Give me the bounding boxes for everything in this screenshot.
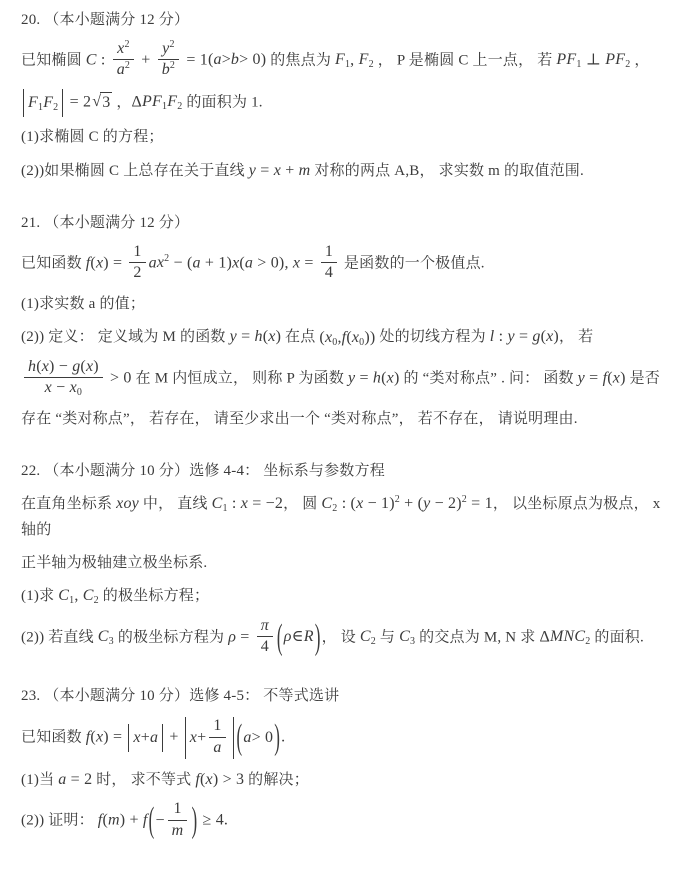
- line: (1)求实数 a 的值；: [21, 292, 667, 317]
- line: (2)) 定义： 定义域为 M 的函数 y = h(x) 在点 (x0, f(x…: [21, 324, 667, 351]
- line: (1)当 a = 2 时， 求不等式 f(x) > 3 的解决；: [21, 767, 667, 793]
- math-var-sup: a2: [117, 61, 130, 78]
- math-symbol: > 0),: [253, 254, 293, 271]
- line: h(x) − g(x)x − x0 > 0 在 M 内恒成立， 则称 P 为函数…: [21, 359, 667, 399]
- math-var: a: [193, 254, 201, 271]
- math-var: x: [206, 771, 213, 788]
- math-symbol: =: [256, 162, 274, 179]
- text-run: 的焦点为: [266, 52, 335, 68]
- math-var-sub: PF2: [605, 51, 630, 68]
- math-var-sub: C3: [98, 628, 114, 645]
- math-symbol: Δ: [132, 93, 143, 110]
- math-var-sub: F2: [167, 93, 182, 110]
- radicand: 3: [100, 92, 112, 112]
- line: 21. （本小题满分 12 分）: [21, 211, 667, 236]
- math-symbol: − (: [169, 254, 192, 271]
- fraction: 14: [321, 243, 337, 283]
- text-run: 的极坐标方程为: [114, 629, 228, 645]
- paren-content: a > 0: [243, 725, 273, 751]
- denominator: a2: [113, 60, 134, 79]
- math-var-sup: y2: [162, 40, 175, 57]
- subscript: 0: [77, 387, 82, 398]
- text-run: 处的切线方程为: [375, 329, 489, 345]
- fraction: 1a: [209, 717, 225, 757]
- math-symbol: = 1: [467, 495, 493, 512]
- math-var-sub: F1: [28, 90, 43, 116]
- math-var: x: [241, 495, 248, 512]
- math-symbol: − 1): [363, 495, 394, 512]
- math-var: a: [213, 739, 221, 756]
- math-symbol: Δ: [539, 628, 550, 645]
- absolute-value: x + a: [128, 724, 163, 752]
- math-symbol: ) =: [103, 729, 126, 746]
- subscript: 2: [53, 102, 58, 113]
- math-var: x: [133, 725, 140, 751]
- line: (2)) 证明： f(m) + f(−1m) ≥ 4.: [21, 801, 667, 841]
- text-run: (2)) 若直线: [21, 629, 98, 645]
- line: 22. （本小题满分 10 分）选修 4-4： 坐标系与参数方程: [21, 459, 667, 484]
- math-symbol: 1: [325, 243, 333, 260]
- math-var: y: [230, 328, 237, 345]
- absolute-value: F1F2: [23, 89, 63, 117]
- numerator: 1: [321, 243, 337, 263]
- math-var: y: [507, 328, 514, 345]
- math-symbol: 2: [133, 264, 141, 281]
- text-run: 23. （本小题满分 10 分）选修 4-5： 不等式选讲: [21, 688, 339, 704]
- numerator: x2: [113, 40, 134, 60]
- superscript: 2: [124, 39, 129, 50]
- text-run: 的 “类对称点” . 问： 函数: [400, 370, 578, 386]
- math-var: h: [28, 358, 36, 375]
- math-symbol: .: [281, 729, 285, 746]
- text-run: 已知椭圆: [21, 52, 86, 68]
- text-run: 正半轴为极轴建立极坐标系.: [21, 555, 207, 571]
- math-symbol: > 0: [239, 47, 261, 73]
- math-var: y: [249, 162, 256, 179]
- math-symbol: + (: [400, 495, 423, 512]
- math-var: x: [613, 369, 620, 386]
- line: 已知椭圆 C : x2a2 + y2b2 = 1(a > b > 0) 的焦点为…: [21, 41, 667, 81]
- math-symbol: =: [300, 254, 318, 271]
- square-root: √3: [92, 92, 112, 112]
- math-symbol: +: [137, 51, 155, 68]
- math-var: b: [231, 47, 239, 73]
- text-run: 22. （本小题满分 10 分）选修 4-4： 坐标系与参数方程: [21, 463, 385, 479]
- math-var-sub: PF1: [142, 93, 167, 110]
- math-var-sub: F2: [43, 90, 58, 116]
- superscript: 2: [170, 60, 175, 71]
- math-symbol: = 2: [65, 93, 91, 110]
- math-var: x: [268, 328, 275, 345]
- line: (1)求椭圆 C 的方程；: [21, 125, 667, 150]
- math-symbol: + 1): [201, 254, 232, 271]
- math-symbol: : (: [338, 495, 357, 512]
- text-run: 中， 直线: [139, 496, 212, 512]
- math-symbol: − 2): [430, 495, 461, 512]
- math-symbol: +: [165, 729, 183, 746]
- math-var: xoy: [116, 495, 139, 512]
- math-symbol: = −2: [248, 495, 283, 512]
- math-var: a: [149, 254, 157, 271]
- close-paren: ): [273, 709, 281, 768]
- problem-20: 20. （本小题满分 12 分）已知椭圆 C : x2a2 + y2b2 = 1…: [21, 8, 667, 184]
- line: 存在 “类对称点”， 若存在， 请至少求出一个 “类对称点”， 若不存在， 请说…: [21, 407, 667, 432]
- paren-group: (a > b > 0): [208, 47, 266, 73]
- math-var: x: [387, 369, 394, 386]
- math-symbol: > 0: [252, 725, 274, 751]
- math-var-sub: C1: [58, 587, 74, 604]
- math-var-sub: C2: [321, 495, 337, 512]
- math-var-sub: C2: [83, 587, 99, 604]
- math-var-sub: F1: [335, 51, 350, 68]
- text-run: 的面积为 1.: [182, 94, 262, 110]
- math-var: π: [261, 617, 269, 634]
- math-symbol: ): [93, 358, 99, 375]
- paren-content: −1m: [155, 801, 190, 841]
- math-var: m: [299, 162, 311, 179]
- denominator: 4: [257, 637, 273, 656]
- text-run: 的解决；: [244, 772, 309, 788]
- math-var: ρ: [284, 624, 292, 650]
- line: 已知函数 f(x) = 12ax2 − (a + 1)x(a > 0), x =…: [21, 244, 667, 284]
- text-run: ， 若: [559, 329, 593, 345]
- math-symbol: = 2: [66, 771, 92, 788]
- text-run: 时， 求不等式: [92, 772, 195, 788]
- math-var: x: [45, 379, 52, 396]
- problem-23: 23. （本小题满分 10 分）选修 4-5： 不等式选讲已知函数 f(x) =…: [21, 684, 667, 841]
- math-symbol: :: [494, 328, 507, 345]
- fraction: x2a2: [113, 40, 134, 80]
- math-var: y: [578, 369, 585, 386]
- math-var: m: [172, 822, 184, 839]
- math-symbol: 4: [325, 264, 333, 281]
- numerator: π: [257, 617, 273, 637]
- math-symbol: −: [155, 808, 164, 834]
- text-run: ，: [112, 94, 131, 110]
- math-var: g: [532, 328, 540, 345]
- math-var-sub: x0: [70, 379, 83, 396]
- paren-content: ρ ∈ R: [284, 624, 314, 650]
- math-symbol: +: [141, 725, 150, 751]
- math-var: m: [108, 812, 120, 829]
- math-var-sub: C3: [399, 628, 415, 645]
- text-run: 的交点为 M, N 求: [415, 629, 539, 645]
- text-run: (2)) 定义： 定义域为 M 的函数: [21, 329, 230, 345]
- math-symbol: ) =: [103, 254, 126, 271]
- math-var-sub: F2: [359, 51, 374, 68]
- text-run: 21. （本小题满分 12 分）: [21, 215, 189, 231]
- open-paren: (: [276, 608, 284, 667]
- math-exam-page: 20. （本小题满分 12 分）已知椭圆 C : x2a2 + y2b2 = 1…: [0, 0, 685, 871]
- math-symbol: :: [97, 51, 110, 68]
- math-var-sub: C2: [360, 628, 376, 645]
- numerator: 1: [129, 243, 145, 263]
- math-symbol: 4: [261, 638, 269, 655]
- math-symbol: ) −: [49, 358, 72, 375]
- math-var-sup: b2: [162, 61, 175, 78]
- close-paren: ): [314, 608, 322, 667]
- open-paren: (: [236, 709, 244, 768]
- text-run: 是否: [626, 370, 660, 386]
- math-symbol: +: [197, 725, 206, 751]
- text-run: 的极坐标方程；: [99, 588, 209, 604]
- math-symbol: > 0: [106, 369, 132, 386]
- text-run: 存在 “类对称点”， 若存在， 请至少求出一个 “类对称点”， 若不存在， 请说…: [21, 411, 578, 427]
- math-var: C: [86, 51, 97, 68]
- fraction: 1m: [168, 800, 188, 840]
- denominator: m: [168, 821, 188, 840]
- close-paren: ): [190, 792, 198, 851]
- math-symbol: 1: [133, 243, 141, 260]
- absolute-value: x + 1a: [185, 717, 234, 759]
- math-var-sub: C1: [212, 495, 228, 512]
- problem-21: 21. （本小题满分 12 分）已知函数 f(x) = 12ax2 − (a +…: [21, 211, 667, 432]
- text-run: 已知函数: [21, 255, 86, 271]
- text-run: (1)求: [21, 588, 58, 604]
- text-run: 是函数的一个极值点.: [340, 255, 485, 271]
- fraction: y2b2: [158, 40, 179, 80]
- line: (2))如果椭圆 C 上总存在关于直线 y = x + m 对称的两点 A,B，…: [21, 158, 667, 184]
- superscript: 2: [169, 39, 174, 50]
- numerator: 1: [209, 717, 225, 737]
- line: 23. （本小题满分 10 分）选修 4-5： 不等式选讲: [21, 684, 667, 709]
- paren-group: (x0, f(x0)): [319, 325, 375, 351]
- math-symbol: −: [52, 379, 70, 396]
- math-symbol: ) +: [120, 812, 143, 829]
- math-var-sub: PF1: [556, 51, 581, 68]
- denominator: 2: [129, 263, 145, 282]
- line: 正半轴为极轴建立极坐标系.: [21, 551, 667, 576]
- line: 20. （本小题满分 12 分）: [21, 8, 667, 33]
- superscript: 2: [125, 60, 130, 71]
- fraction: h(x) − g(x)x − x0: [24, 358, 103, 398]
- text-run: ， P 是椭圆 C 上一点， 若: [374, 52, 557, 68]
- text-run: 与: [376, 629, 399, 645]
- line: F1F2 = 2√3 ，ΔPF1F2 的面积为 1.: [21, 89, 667, 117]
- text-run: 在点: [281, 329, 319, 345]
- math-symbol: = 1: [182, 51, 208, 68]
- text-run: (1)求椭圆 C 的方程；: [21, 129, 164, 145]
- math-symbol: =: [237, 328, 255, 345]
- text-run: (2))如果椭圆 C 上总存在关于直线: [21, 163, 249, 179]
- text-run: (1)当: [21, 772, 58, 788]
- math-symbol: =: [515, 328, 533, 345]
- line: 已知函数 f(x) = x + a + x + 1a(a > 0).: [21, 717, 667, 759]
- math-var: x: [190, 725, 197, 751]
- fraction: π4: [257, 617, 273, 657]
- document-page: { "page": { "background": "#ffffff", "te…: [0, 0, 685, 871]
- text-run: 的面积.: [590, 629, 644, 645]
- denominator: x − x0: [24, 378, 103, 397]
- open-paren: (: [148, 792, 156, 851]
- math-var: h: [373, 369, 381, 386]
- text-run: 在 M 内恒成立， 则称 P 为函数: [132, 370, 348, 386]
- math-var: a: [243, 725, 251, 751]
- numerator: y2: [158, 40, 179, 60]
- math-symbol: ⊥: [582, 51, 606, 68]
- text-run: ， 设: [322, 629, 360, 645]
- denominator: 4: [321, 263, 337, 282]
- math-symbol: ) > 3: [213, 771, 244, 788]
- math-symbol: ∈: [292, 624, 304, 650]
- numerator: 1: [168, 800, 188, 820]
- math-var-sub: MNC2: [550, 628, 590, 645]
- numerator: h(x) − g(x): [24, 358, 103, 378]
- denominator: a: [209, 738, 225, 757]
- math-symbol: =: [236, 628, 254, 645]
- math-symbol: :: [228, 495, 241, 512]
- line: 在直角坐标系 xoy 中， 直线 C1 : x = −2， 圆 C2 : (x …: [21, 491, 667, 542]
- math-var: a: [213, 47, 221, 73]
- text-run: 已知函数: [21, 730, 86, 746]
- problem-22: 22. （本小题满分 10 分）选修 4-4： 坐标系与参数方程在直角坐标系 x…: [21, 459, 667, 658]
- line: (1)求 C1, C2 的极坐标方程；: [21, 583, 667, 609]
- text-run: (1)求实数 a 的值；: [21, 296, 145, 312]
- math-var-sup: x2: [117, 40, 130, 57]
- paren-group: (a > 0): [236, 724, 282, 752]
- text-run: 20. （本小题满分 12 分）: [21, 12, 189, 28]
- denominator: b2: [158, 60, 179, 79]
- math-symbol: 1: [173, 800, 181, 817]
- text-run: 对称的两点 A,B， 求实数 m 的取值范围.: [310, 163, 584, 179]
- math-var-sup: x2: [157, 254, 170, 271]
- fraction: 12: [129, 243, 145, 283]
- math-symbol: ,: [74, 587, 82, 604]
- math-var: a: [150, 725, 158, 751]
- text-run: 在直角坐标系: [21, 496, 116, 512]
- paren-group: (−1m): [148, 801, 199, 841]
- paren-group: (ρ ∈ R): [276, 624, 322, 652]
- math-var: x: [274, 162, 281, 179]
- text-run: (2)) 证明：: [21, 813, 98, 829]
- math-var: a: [245, 254, 253, 271]
- text-run: ， 圆: [283, 496, 321, 512]
- line: (2)) 若直线 C3 的极坐标方程为 ρ = π4(ρ ∈ R)， 设 C2 …: [21, 618, 667, 658]
- math-var: x: [42, 358, 49, 375]
- math-var: R: [304, 624, 314, 650]
- math-var-sub: x0: [325, 325, 338, 351]
- math-var-sub: x0: [352, 325, 365, 351]
- paren-content: x0, f(x0): [325, 325, 370, 351]
- math-symbol: ,: [350, 51, 358, 68]
- math-symbol: >: [222, 47, 231, 73]
- math-var: ρ: [228, 628, 236, 645]
- math-symbol: =: [585, 369, 603, 386]
- math-symbol: =: [355, 369, 373, 386]
- math-var: h: [255, 328, 263, 345]
- math-symbol: ≥ 4.: [198, 812, 228, 829]
- math-symbol: +: [281, 162, 299, 179]
- math-symbol: 1: [213, 717, 221, 734]
- text-run: ，: [630, 52, 649, 68]
- paren-content: a > b > 0: [213, 47, 260, 73]
